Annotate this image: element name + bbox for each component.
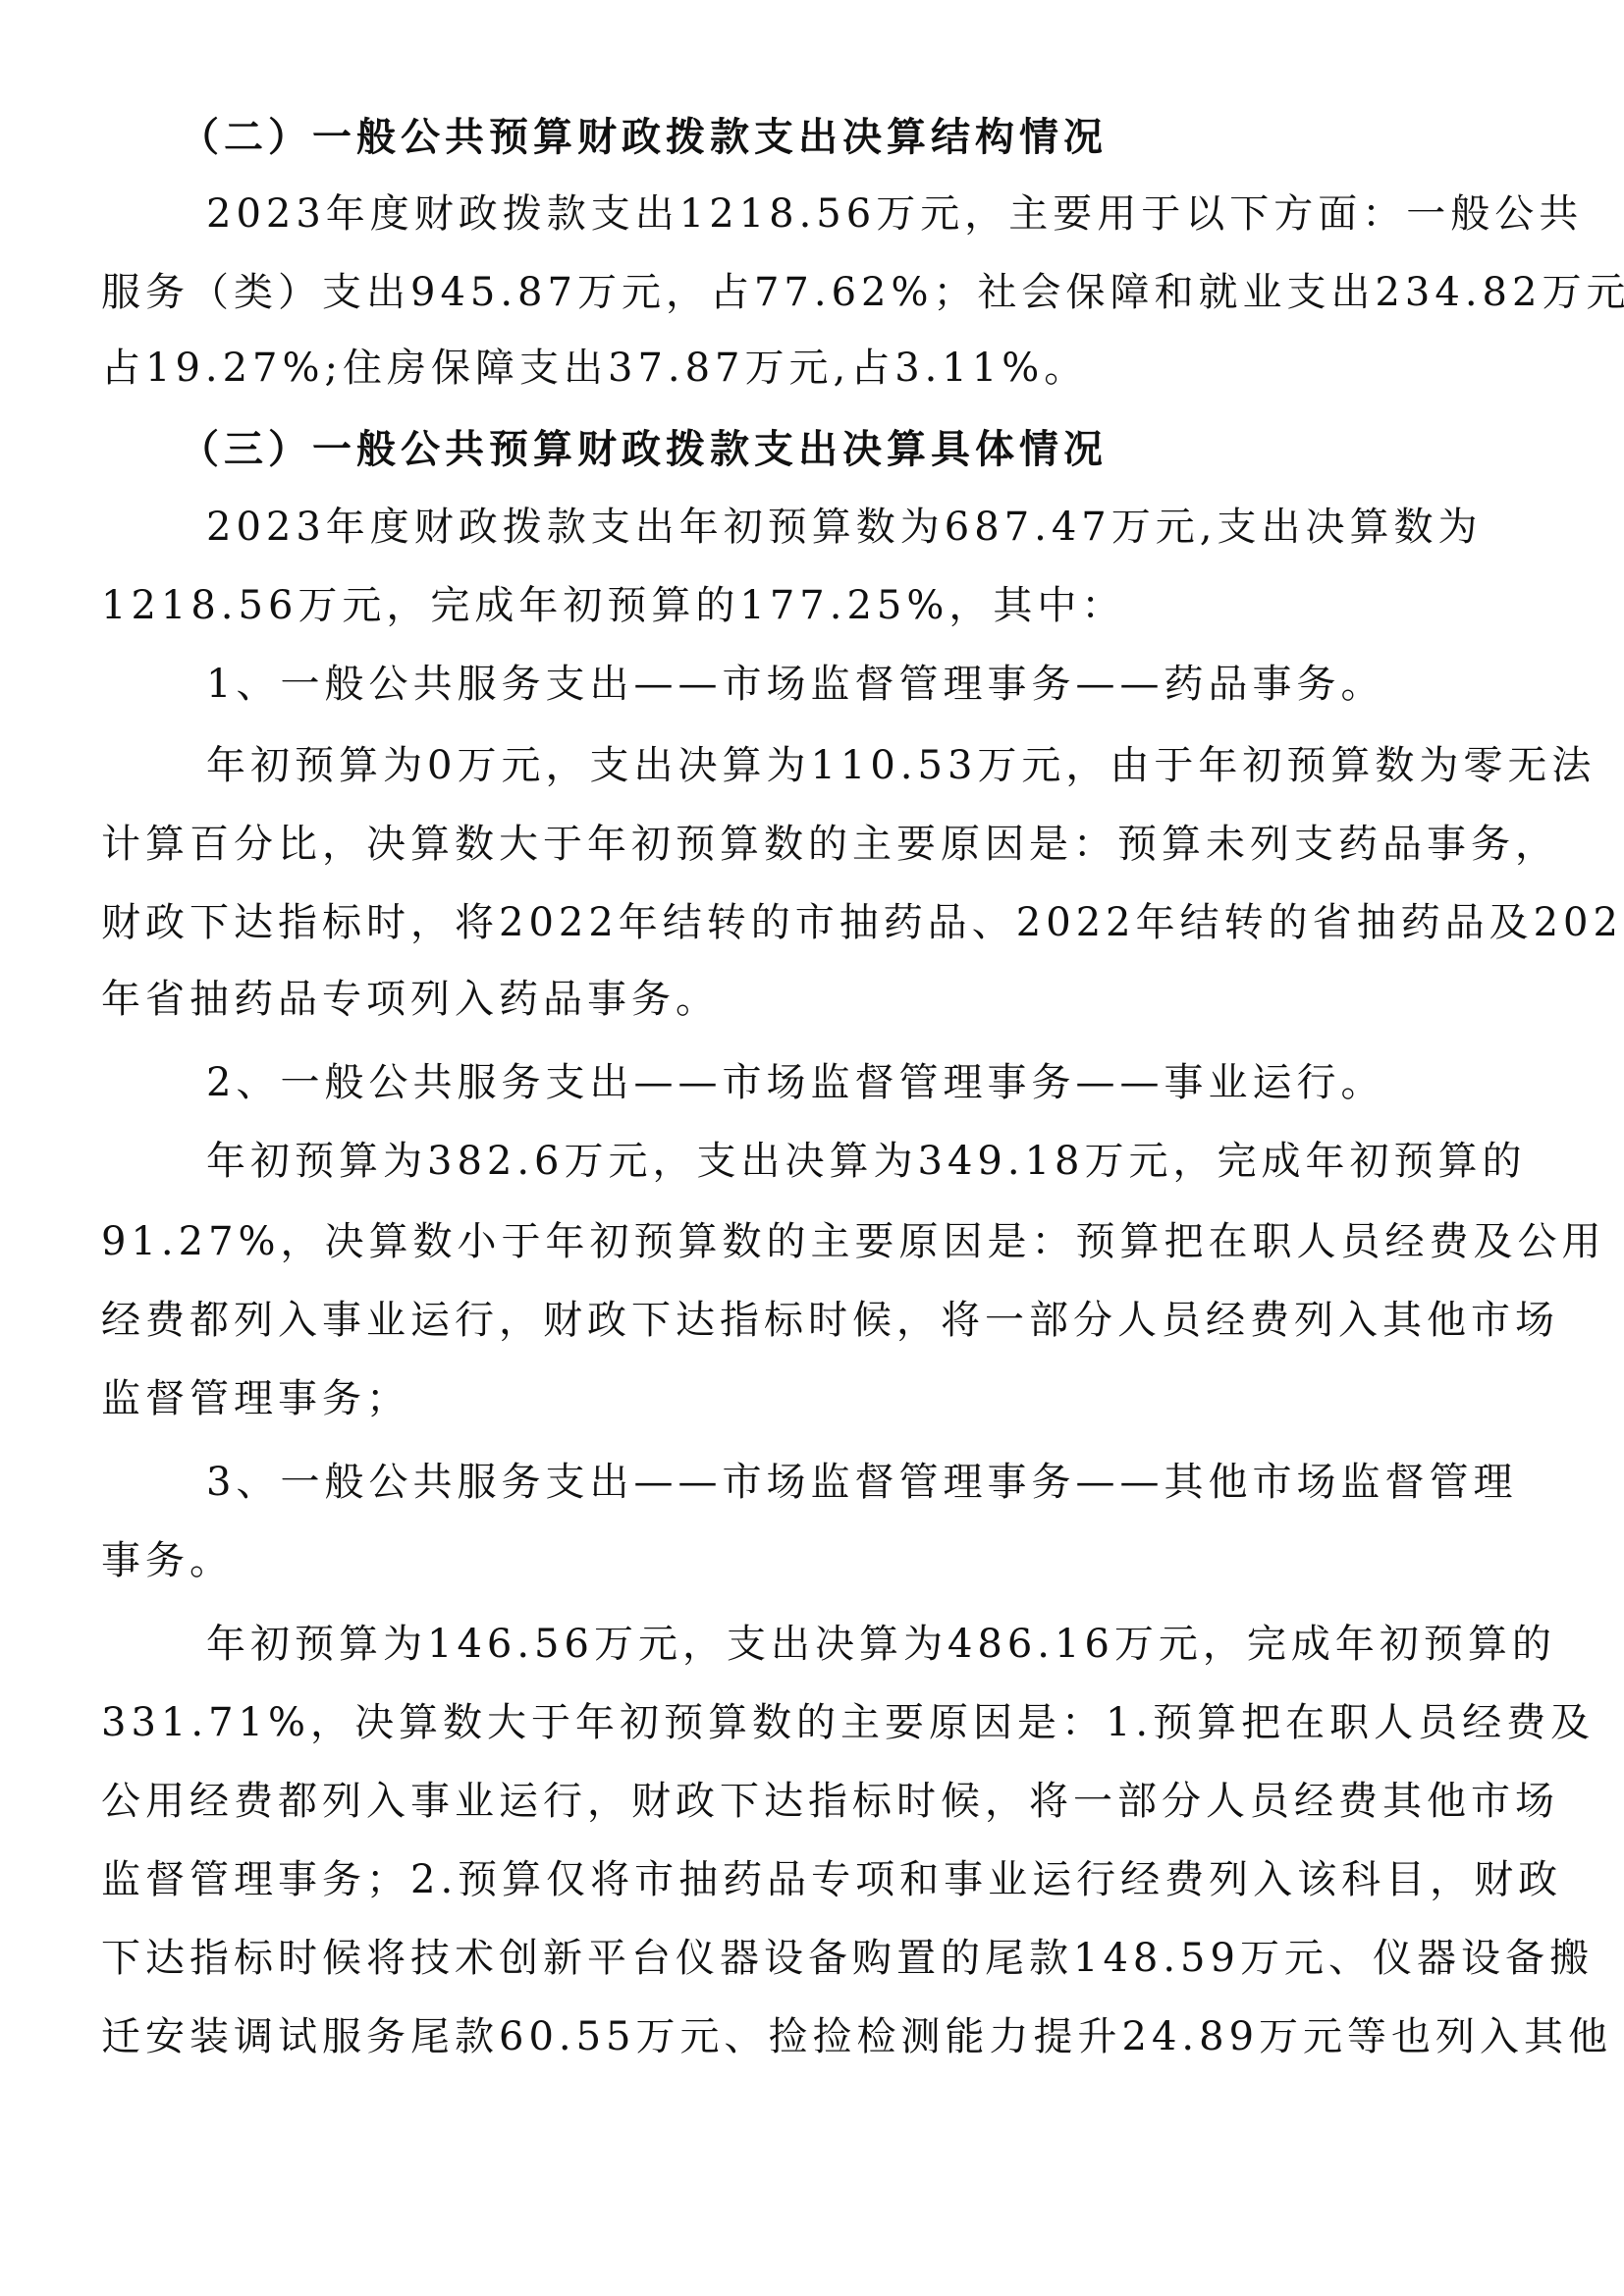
paragraph-line: 经费都列入事业运行，财政下达指标时候，将一部分人员经费列入其他市场 — [101, 1286, 1520, 1355]
paragraph-line: 服务（类）支出945.87万元，占77.62%；社会保障和就业支出234.82万… — [101, 258, 1520, 327]
paragraph-line: 年省抽药品专项列入药品事务。 — [101, 965, 1520, 1034]
paragraph-line: 公用经费都列入事业运行，财政下达指标时候，将一部分人员经费其他市场 — [101, 1767, 1520, 1836]
item-title-1: 1、一般公共服务支出——市场监督管理事务——药品事务。 — [206, 650, 1624, 719]
paragraph-line: 计算百分比，决算数大于年初预算数的主要原因是：预算未列支药品事务， — [101, 810, 1520, 879]
paragraph-line: 占19.27%;住房保障支出37.87万元,占3.11%。 — [101, 334, 1520, 402]
document-page: （二）一般公共预算财政拨款支出决算结构情况 2023年度财政拨款支出1218.5… — [0, 0, 1624, 2296]
paragraph-line: 监督管理事务； — [101, 1364, 1520, 1433]
paragraph-line: 2023年度财政拨款支出1218.56万元，主要用于以下方面：一般公共 — [206, 180, 1520, 248]
paragraph-line: 监督管理事务；2.预算仅将市抽药品专项和事业运行经费列入该科目，财政 — [101, 1845, 1520, 1914]
paragraph-line: 迁安装调试服务尾款60.55万元、捡捡检测能力提升24.89万元等也列入其他 — [101, 2002, 1520, 2071]
paragraph-line: 1218.56万元，完成年初预算的177.25%，其中： — [101, 571, 1520, 640]
item-title-2: 2、一般公共服务支出——市场监督管理事务——事业运行。 — [206, 1048, 1624, 1117]
paragraph-line: 91.27%，决算数小于年初预算数的主要原因是：预算把在职人员经费及公用 — [101, 1207, 1520, 1276]
paragraph-line: 331.71%，决算数大于年初预算数的主要原因是：1.预算把在职人员经费及 — [101, 1688, 1520, 1757]
item-title-3: 3、一般公共服务支出——市场监督管理事务——其他市场监督管理 — [206, 1448, 1624, 1517]
paragraph-line: 财政下达指标时，将2022年结转的市抽药品、2022年结转的省抽药品及2023 — [101, 888, 1520, 957]
section-heading-3: （三）一般公共预算财政拨款支出决算具体情况 — [180, 415, 1598, 484]
paragraph-line: 年初预算为382.6万元，支出决算为349.18万元，完成年初预算的 — [206, 1127, 1624, 1196]
item-title-3-continued: 事务。 — [101, 1526, 1520, 1595]
paragraph-line: 年初预算为146.56万元，支出决算为486.16万元，完成年初预算的 — [206, 1610, 1624, 1679]
paragraph-line: 下达指标时候将技术创新平台仪器设备购置的尾款148.59万元、仪器设备搬 — [101, 1924, 1520, 1993]
paragraph-line: 2023年度财政拨款支出年初预算数为687.47万元,支出决算数为 — [206, 493, 1624, 561]
paragraph-line: 年初预算为0万元，支出决算为110.53万元，由于年初预算数为零无法 — [206, 731, 1624, 800]
section-heading-2: （二）一般公共预算财政拨款支出决算结构情况 — [180, 103, 1598, 172]
